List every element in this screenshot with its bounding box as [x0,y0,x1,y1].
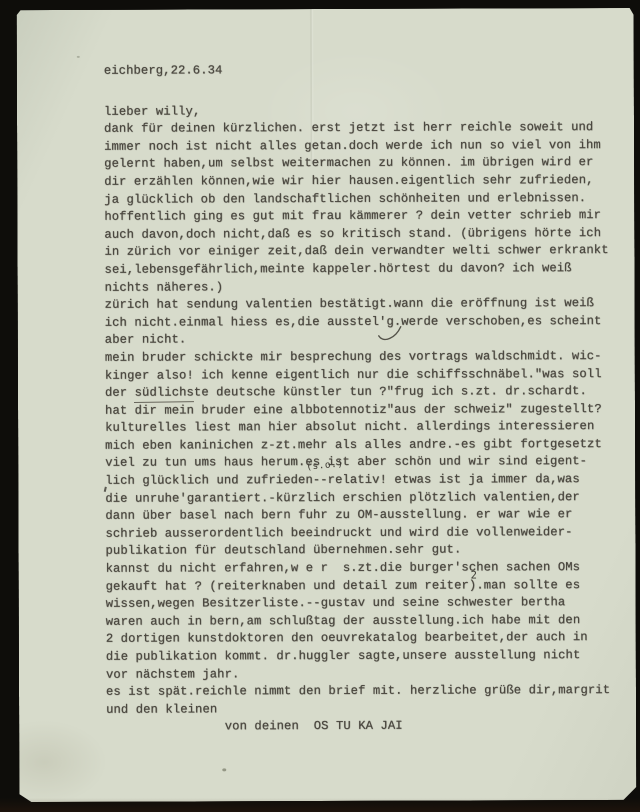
letter-line: publikation für deutschland übernehmen.s… [105,541,609,560]
letter-line: kannst du nicht erfahren,w e r s.zt.die … [106,559,610,578]
letter-body: dank für deinen kürzlichen. erst jetzt i… [104,119,610,737]
letter-line: dank für deinen kürzlichen. erst jetzt i… [104,119,608,138]
letter-line: zürich hat sendung valentien bestätigt.w… [105,295,609,314]
letter-line: mein bruder schickte mir besprechung des… [105,348,609,367]
letter-line: auch davon,doch nicht,daß es so kritisch… [104,225,608,244]
letter-line: waren auch in bern,am schlußtag der auss… [106,612,610,631]
paper-speck [222,768,226,771]
letter-line: wissen,wegen Besitzerliste.--gustav und … [106,594,610,613]
letter-line: in zürich vor einiger zeit,daß dein verw… [104,242,608,261]
scanned-letter-page: eichberg,22.6.34 lieber willy, dank für … [0,0,640,812]
scan-background: eichberg,22.6.34 lieber willy, dank für … [0,0,640,812]
letter-line: hoffentlich ging es gut mit frau kämmere… [104,207,608,226]
letter-line: der südlichste deutsche künstler tun ?"f… [105,383,609,402]
paper-speck [77,56,80,58]
letter-line: die publikation kommt. dr.huggler sagte,… [106,647,610,666]
letter-line: sei,lebensgefährlich,meinte kappeler.hör… [104,260,608,279]
letter-line: dir erzählen können,wie wir hier hausen.… [104,172,608,191]
letter-line: aber nicht. [105,330,609,349]
letter-line: vor nächstem jahr. [106,665,610,684]
letter-line: lich glücklich und zufrieden--relativ! e… [105,471,609,490]
letter-line: kulturelles liest man hier absolut nicht… [105,418,609,437]
letter-line: von deinen OS TU KA JAI [106,717,610,736]
letter-line: immer noch ist nicht alles getan.doch we… [104,137,608,156]
letter-line: mich eben kaninichen z-zt.mehr als alles… [105,436,609,455]
letter-salutation: lieber willy, [104,102,608,121]
letter-line: dann über basel nach bern fuhr zu OM-aus… [105,506,609,525]
letter-line: 2 dortigen kunstdoktoren den oeuvrekatal… [106,629,610,648]
handwritten-correction-mark [377,325,403,345]
letter-line: kinger also! ich kenne eigentlich nur di… [105,366,609,385]
letter-line: schrieb ausserordentlich beeindruckt und… [105,524,609,543]
letter-paper: eichberg,22.6.34 lieber willy, dank für … [17,8,637,802]
letter-line: ja glücklich ob den landschaftlichen sch… [104,190,608,209]
letter-line: hat dir mein bruder eine albbotennotiz"a… [105,401,609,420]
letter-line: gelernt haben,um selbst weitermachen zu … [104,154,608,173]
letter-line: es ist spät.reichle nimmt den brief mit.… [106,682,610,701]
letter-line: ich nicht.einmal hiess es,die ausstel'g.… [105,313,609,332]
letter-line: nichts näheres.) [105,278,609,297]
handwritten-footnote-marker: 2 [471,569,477,581]
letter-line: viel zu tun ums haus herum.es ist aber s… [105,453,609,472]
letter-date: eichberg,22.6.34 [104,61,608,80]
letter-text: eichberg,22.6.34 lieber willy, dank für … [104,61,610,737]
letter-line: die unruhe'garantiert.-kürzlich erschien… [105,489,609,508]
letter-line: gekauft hat ? (reiterknaben und detail z… [106,577,610,596]
letter-line: und den kleinen [106,700,610,719]
